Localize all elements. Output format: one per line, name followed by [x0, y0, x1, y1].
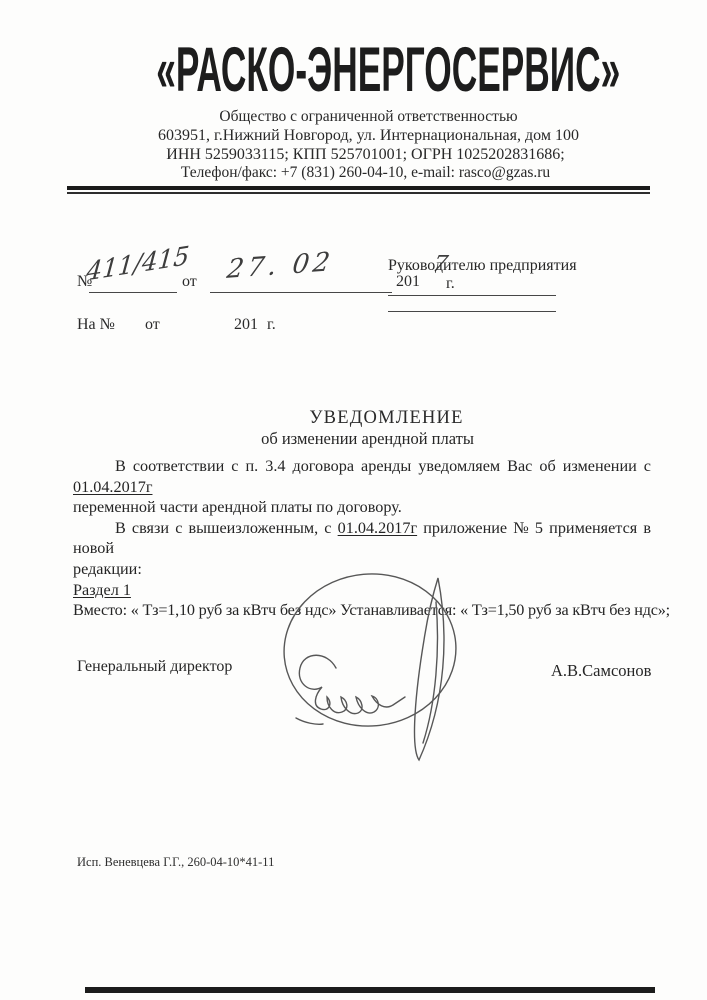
body-text-p2: В связи с вышеизложенным, с — [115, 519, 331, 537]
contact-line: Телефон/факс: +7 (831) 260-04-10, e-mail… — [12, 164, 707, 182]
signatory-position: Генеральный директор — [77, 658, 232, 676]
handwritten-signature — [250, 555, 480, 775]
address-line: 603951, г.Нижний Новгород, ул. Интернаци… — [15, 127, 707, 145]
from-label: от — [182, 273, 197, 291]
signature-underscore-dash — [296, 718, 323, 724]
reply-year-suffix: г. — [267, 316, 276, 334]
section-heading-text: Раздел 1 — [73, 581, 131, 599]
signature-coil — [299, 655, 405, 713]
body-line-1: В соответствии с п. 3.4 договора аренды … — [73, 456, 651, 497]
company-name: «РАСКО-ЭНЕРГОСЕРВИС» — [156, 34, 620, 106]
body-text-p1: В соответствии с п. 3.4 договора аренды … — [115, 457, 651, 475]
document-title: УВЕДОМЛЕНИЕ — [33, 408, 707, 429]
addressee-title: Руководителю предприятия — [388, 257, 577, 275]
body-line-2: переменной части арендной платы по догов… — [73, 497, 651, 518]
year-prefix: 201 — [396, 273, 420, 291]
handwritten-date: 27. 02 — [225, 247, 336, 285]
registration-line: ИНН 5259033115; КПП 525701001; ОГРН 1025… — [12, 146, 707, 164]
org-type-line: Общество с ограниченной ответственностью — [15, 108, 707, 126]
number-blank-line — [89, 292, 177, 293]
addressee-blank-line-2 — [388, 311, 556, 312]
year-suffix: г. — [446, 275, 455, 293]
handwritten-number: 411/415 — [85, 240, 190, 286]
addressee-blank-line-1 — [388, 295, 556, 296]
signatory-name: А.В.Самсонов — [551, 661, 651, 681]
signature-tail-inner — [423, 602, 437, 743]
signature-tail-stroke — [415, 578, 444, 760]
reply-year: 201 — [234, 316, 258, 334]
executor-line: Исп. Веневцева Г.Г., 260-04-10*41-11 — [77, 855, 274, 870]
letterhead: «РАСКО-ЭНЕРГОСЕРВИС» — [0, 34, 707, 106]
reply-number-label: На № — [77, 316, 115, 334]
scanned-letter-page: «РАСКО-ЭНЕРГОСЕРВИС» Общество с ограниче… — [0, 0, 707, 1000]
reply-from-label: от — [145, 316, 160, 334]
letterhead-divider — [67, 186, 650, 194]
effective-date-1: 01.04.2017г — [73, 478, 152, 496]
document-subtitle: об изменении арендной платы — [14, 429, 707, 449]
date-blank-line — [210, 292, 392, 293]
effective-date-2: 01.04.2017г — [338, 519, 417, 537]
body-line-3: В связи с вышеизложенным, с 01.04.2017г … — [73, 518, 651, 559]
scan-bottom-edge — [85, 987, 655, 993]
